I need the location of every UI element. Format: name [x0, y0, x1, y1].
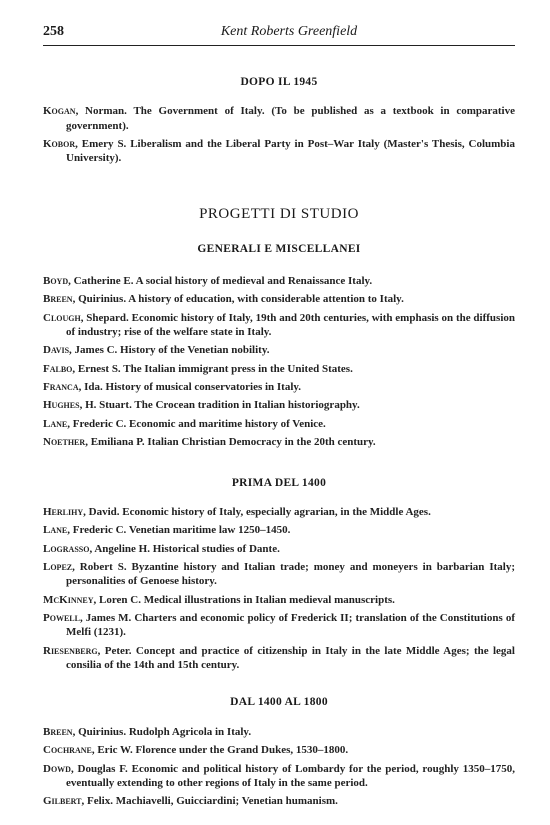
section-heading-generali: GENERALI E MISCELLANEI	[43, 243, 515, 255]
entry-text: , James M. Charters and economic policy …	[66, 612, 515, 639]
entries-dal: Breen, Quirinius. Rudolph Agricola in It…	[43, 725, 515, 813]
entry-author: Gilbert	[43, 795, 82, 807]
entry: Hughes, H. Stuart. The Crocean tradition…	[43, 398, 515, 413]
entry: Franca, Ida. History of musical conserva…	[43, 380, 515, 395]
entry: Boyd, Catherine E. A social history of m…	[43, 274, 515, 289]
entry: Lograsso, Angeline H. Historical studies…	[43, 542, 515, 557]
entry-author: Cochrane	[43, 744, 92, 756]
section-heading-dal: DAL 1400 AL 1800	[43, 696, 515, 708]
entry: Cochrane, Eric W. Florence under the Gra…	[43, 743, 515, 758]
entry: Powell, James M. Charters and economic p…	[43, 611, 515, 640]
entry-author: Lograsso	[43, 543, 89, 555]
entry-text: , Peter. Concept and practice of citizen…	[66, 645, 515, 672]
entry-author: Lane	[43, 418, 67, 430]
entry-author: Powell	[43, 612, 80, 624]
entry-text: , H. Stuart. The Crocean tradition in It…	[80, 399, 360, 411]
entry: Noether, Emiliana P. Italian Christian D…	[43, 435, 515, 450]
entry-text: , Ernest S. The Italian immigrant press …	[72, 363, 352, 375]
header-rule	[43, 45, 515, 46]
entry-author: Franca	[43, 381, 79, 393]
entries-prima: Herlihy, David. Economic history of Ital…	[43, 505, 515, 677]
running-title: Kent Roberts Greenfield	[43, 24, 515, 40]
entry: Lopez, Robert S. Byzantine history and I…	[43, 560, 515, 589]
entry-author: Lane	[43, 524, 67, 536]
entry-author: Lopez	[43, 561, 72, 573]
entry-author: Falbo	[43, 363, 72, 375]
entry: Riesenberg, Peter. Concept and practice …	[43, 644, 515, 673]
running-head: 258 Kent Roberts Greenfield	[43, 24, 515, 42]
entry-text: , Loren C. Medical illustrations in Ital…	[94, 594, 395, 606]
entry: Clough, Shepard. Economic history of Ita…	[43, 311, 515, 340]
entry-text: , Eric W. Florence under the Grand Dukes…	[92, 744, 348, 756]
entry-author: Breen	[43, 726, 73, 738]
entry: Dowd, Douglas F. Economic and political …	[43, 762, 515, 791]
entry-text: , Emery S. Liberalism and the Liberal Pa…	[66, 138, 515, 165]
entry-text: , Angeline H. Historical studies of Dant…	[89, 543, 279, 555]
entry-text: , David. Economic history of Italy, espe…	[83, 506, 431, 518]
main-heading: PROGETTI DI STUDIO	[43, 206, 515, 223]
entry-author: Clough	[43, 312, 81, 324]
entry: Gilbert, Felix. Machiavelli, Guicciardin…	[43, 794, 515, 809]
entry-text: , Frederic C. Venetian maritime law 1250…	[67, 524, 290, 536]
entry-author: Noether	[43, 436, 85, 448]
entry: Breen, Quirinius. Rudolph Agricola in It…	[43, 725, 515, 740]
entry-text: , Shepard. Economic history of Italy, 19…	[66, 312, 515, 339]
entries-dopo: Kogan, Norman. The Government of Italy. …	[43, 104, 515, 170]
entry-author: Kobor	[43, 138, 75, 150]
entry-text: , Ida. History of musical conservatories…	[79, 381, 301, 393]
entry-text: , Emiliana P. Italian Christian Democrac…	[85, 436, 375, 448]
section-heading-dopo: DOPO IL 1945	[43, 76, 515, 88]
entry: Lane, Frederic C. Economic and maritime …	[43, 417, 515, 432]
entry-text: , Catherine E. A social history of medie…	[68, 275, 372, 287]
entry-author: Hughes	[43, 399, 80, 411]
entry: Davis, James C. History of the Venetian …	[43, 343, 515, 358]
entry-author: Boyd	[43, 275, 68, 287]
entry-text: , Quirinius. Rudolph Agricola in Italy.	[73, 726, 252, 738]
entry: Lane, Frederic C. Venetian maritime law …	[43, 523, 515, 538]
entry-author: Riesenberg	[43, 645, 98, 657]
entry: Kobor, Emery S. Liberalism and the Liber…	[43, 137, 515, 166]
entry-author: Breen	[43, 293, 73, 305]
entry-author: Herlihy	[43, 506, 83, 518]
entry-author: Davis	[43, 344, 69, 356]
entry-author: Kogan	[43, 105, 76, 117]
entry: Falbo, Ernest S. The Italian immigrant p…	[43, 362, 515, 377]
entry: Kogan, Norman. The Government of Italy. …	[43, 104, 515, 133]
entry-text: , Quirinius. A history of education, wit…	[73, 293, 404, 305]
entry-text: , Robert S. Byzantine history and Italia…	[66, 561, 515, 588]
entry-author: Dowd	[43, 763, 71, 775]
section-heading-prima: PRIMA DEL 1400	[43, 477, 515, 489]
entry: McKinney, Loren C. Medical illustrations…	[43, 593, 515, 608]
entry: Breen, Quirinius. A history of education…	[43, 292, 515, 307]
entry: Herlihy, David. Economic history of Ital…	[43, 505, 515, 520]
entry-text: , Norman. The Government of Italy. (To b…	[66, 105, 515, 132]
entry-text: , Frederic C. Economic and maritime hist…	[67, 418, 326, 430]
entries-generali: Boyd, Catherine E. A social history of m…	[43, 274, 515, 453]
entry-text: , Felix. Machiavelli, Guicciardini; Vene…	[82, 795, 338, 807]
entry-author: McKinney	[43, 594, 94, 606]
entry-text: , Douglas F. Economic and political hist…	[66, 763, 515, 790]
entry-text: , James C. History of the Venetian nobil…	[69, 344, 269, 356]
